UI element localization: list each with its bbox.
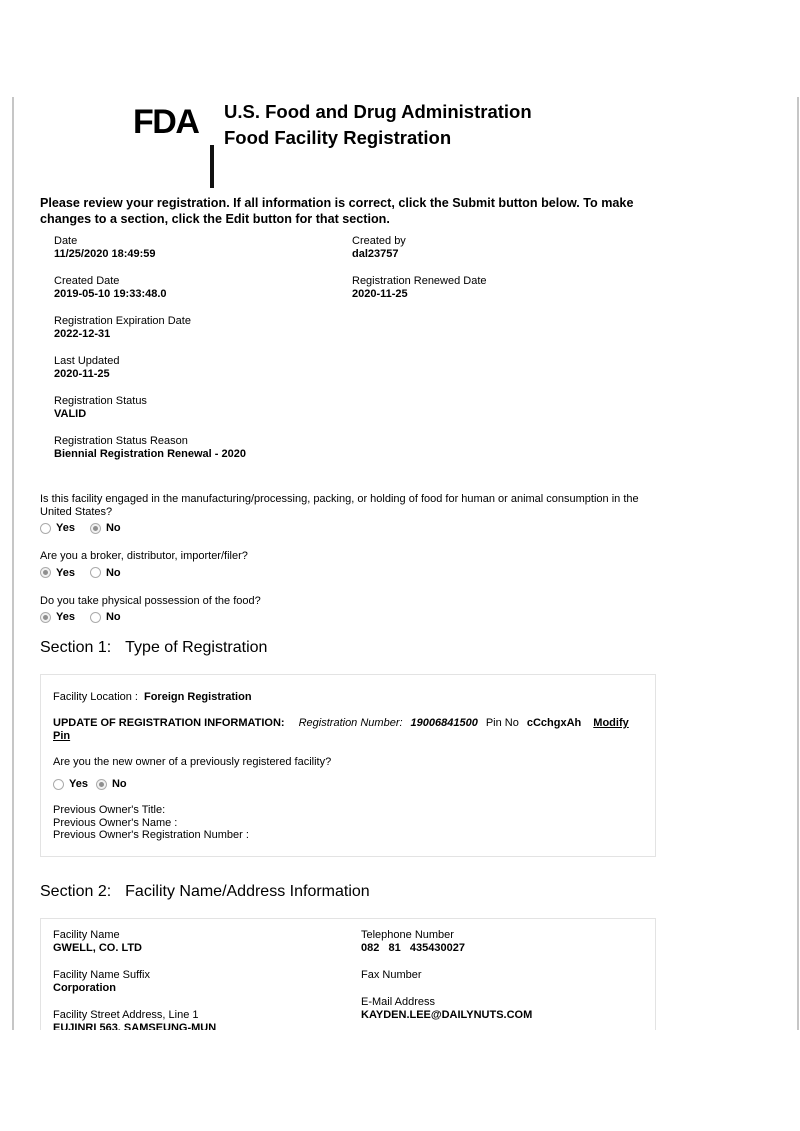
registration-number-value: 19006841500	[411, 717, 478, 729]
field-last-updated: Last Updated 2020-11-25	[54, 355, 352, 381]
section1-title: Type of Registration	[125, 639, 267, 656]
field-label: Registration Renewed Date	[352, 275, 650, 288]
update-registration-info-label: UPDATE OF REGISTRATION INFORMATION:	[53, 717, 285, 729]
field-label: E-Mail Address	[361, 996, 655, 1009]
option-no[interactable]: No	[90, 522, 121, 534]
radio-no[interactable]	[90, 523, 101, 534]
field-value: 082 81 435430027	[361, 942, 655, 955]
previous-owner-title-label: Previous Owner's Title:	[53, 804, 645, 817]
radio-yes[interactable]	[40, 612, 51, 623]
option-no[interactable]: No	[96, 778, 127, 790]
radio-yes-label: Yes	[69, 778, 88, 790]
page-title-line1: U.S. Food and Drug Administration	[224, 99, 532, 125]
section2-box: Facility Name GWELL, CO. LTD Facility Na…	[40, 918, 656, 1031]
radio-no-label: No	[106, 567, 121, 579]
section1-number: Section 1:	[40, 639, 111, 656]
field-label: Facility Name Suffix	[53, 969, 361, 982]
question-text: Do you take physical possession of the f…	[40, 595, 640, 608]
field-email-address: E-Mail Address KAYDEN.LEE@DAILYNUTS.COM	[361, 996, 655, 1022]
radio-no[interactable]	[96, 779, 107, 790]
page-header: FDA U.S. Food and Drug Administration Fo…	[14, 97, 797, 196]
field-label: Registration Expiration Date	[54, 315, 352, 328]
pin-value: cCchgxAh	[527, 717, 581, 729]
metadata-row: Registration Status VALID	[54, 395, 797, 435]
eligibility-questions: Is this facility engaged in the manufact…	[40, 493, 797, 623]
metadata-row: Registration Expiration Date 2022-12-31	[54, 315, 797, 355]
metadata-row: Date 11/25/2020 18:49:59 Created by dal2…	[54, 235, 797, 275]
field-street-address-1: Facility Street Address, Line 1 EUJINRI …	[53, 1009, 361, 1031]
radio-no-label: No	[106, 611, 121, 623]
metadata-row: Registration Status Reason Biennial Regi…	[54, 435, 797, 475]
facility-location-value: Foreign Registration	[144, 691, 252, 703]
section1-heading: Section 1:Type of Registration	[40, 639, 797, 657]
radio-yes[interactable]	[53, 779, 64, 790]
field-value: VALID	[54, 408, 352, 421]
radio-yes-label: Yes	[56, 611, 75, 623]
question-radio-group: Yes No	[40, 522, 797, 534]
new-owner-question: Are you the new owner of a previously re…	[53, 756, 645, 769]
option-yes[interactable]: Yes	[40, 567, 75, 579]
fda-logo-bar	[210, 145, 214, 188]
radio-yes[interactable]	[40, 523, 51, 534]
field-fax-number: Fax Number	[361, 969, 655, 982]
field-label: Date	[54, 235, 352, 248]
field-registration-expiration-date: Registration Expiration Date 2022-12-31	[54, 315, 352, 341]
previous-owner-info: Previous Owner's Title: Previous Owner's…	[53, 804, 645, 842]
registration-review-page: FDA U.S. Food and Drug Administration Fo…	[12, 97, 799, 1030]
metadata-row: Created Date 2019-05-10 19:33:48.0 Regis…	[54, 275, 797, 315]
field-facility-name: Facility Name GWELL, CO. LTD	[53, 929, 361, 955]
radio-yes-label: Yes	[56, 522, 75, 534]
field-value: dal23757	[352, 248, 650, 261]
previous-owner-registration-number-label: Previous Owner's Registration Number :	[53, 829, 645, 842]
field-value: 2019-05-10 19:33:48.0	[54, 288, 352, 301]
page-title-line2: Food Facility Registration	[224, 125, 532, 151]
pin-no-label: Pin No	[486, 717, 519, 729]
radio-no-label: No	[106, 522, 121, 534]
question-manufacturing: Is this facility engaged in the manufact…	[40, 493, 797, 534]
field-registration-status: Registration Status VALID	[54, 395, 352, 421]
radio-no-label: No	[112, 778, 127, 790]
field-label: Facility Street Address, Line 1	[53, 1009, 361, 1022]
field-telephone-number: Telephone Number 082 81 435430027	[361, 929, 655, 955]
section2-right-column: Telephone Number 082 81 435430027 Fax Nu…	[361, 929, 655, 1031]
field-label: Created Date	[54, 275, 352, 288]
question-radio-group: Yes No	[40, 611, 797, 623]
field-created-by: Created by dal23757	[352, 235, 650, 261]
field-value: 2020-11-25	[352, 288, 650, 301]
radio-no[interactable]	[90, 567, 101, 578]
question-possession: Do you take physical possession of the f…	[40, 595, 797, 624]
question-broker: Are you a broker, distributor, importer/…	[40, 550, 797, 579]
section2-heading: Section 2:Facility Name/Address Informat…	[40, 883, 797, 901]
radio-yes[interactable]	[40, 567, 51, 578]
field-label: Registration Status	[54, 395, 352, 408]
field-facility-name-suffix: Facility Name Suffix Corporation	[53, 969, 361, 995]
option-yes[interactable]: Yes	[40, 522, 75, 534]
facility-location-line: Facility Location :Foreign Registration	[53, 691, 645, 704]
field-value: GWELL, CO. LTD	[53, 942, 361, 955]
option-no[interactable]: No	[90, 611, 121, 623]
field-label: Telephone Number	[361, 929, 655, 942]
metadata-row: Last Updated 2020-11-25	[54, 355, 797, 395]
update-registration-line: UPDATE OF REGISTRATION INFORMATION:Regis…	[53, 717, 645, 743]
field-label: Registration Status Reason	[54, 435, 352, 448]
page-title: U.S. Food and Drug Administration Food F…	[224, 99, 532, 151]
section1-box: Facility Location :Foreign Registration …	[40, 674, 656, 857]
section2-number: Section 2:	[40, 883, 111, 900]
section2-left-column: Facility Name GWELL, CO. LTD Facility Na…	[53, 929, 361, 1031]
field-label: Fax Number	[361, 969, 655, 982]
radio-no[interactable]	[90, 612, 101, 623]
previous-owner-name-label: Previous Owner's Name :	[53, 817, 645, 830]
field-value: 11/25/2020 18:49:59	[54, 248, 352, 261]
field-value: Biennial Registration Renewal - 2020	[54, 448, 352, 461]
question-text: Are you a broker, distributor, importer/…	[40, 550, 640, 563]
option-no[interactable]: No	[90, 567, 121, 579]
radio-yes-label: Yes	[56, 567, 75, 579]
registration-number-label: Registration Number:	[299, 717, 403, 729]
field-value: KAYDEN.LEE@DAILYNUTS.COM	[361, 1009, 655, 1022]
question-text: Is this facility engaged in the manufact…	[40, 493, 640, 518]
field-label: Last Updated	[54, 355, 352, 368]
field-value: 2022-12-31	[54, 328, 352, 341]
question-radio-group: Yes No	[40, 567, 797, 579]
fda-logo: FDA	[133, 103, 198, 142]
field-registration-renewed-date: Registration Renewed Date 2020-11-25	[352, 275, 650, 301]
field-registration-status-reason: Registration Status Reason Biennial Regi…	[54, 435, 352, 461]
facility-location-label: Facility Location :	[53, 691, 138, 703]
field-label: Created by	[352, 235, 650, 248]
instructions-text: Please review your registration. If all …	[40, 196, 646, 227]
field-value: Corporation	[53, 982, 361, 995]
section2-title: Facility Name/Address Information	[125, 883, 370, 900]
field-value: 2020-11-25	[54, 368, 352, 381]
option-yes[interactable]: Yes	[40, 611, 75, 623]
field-created-date: Created Date 2019-05-10 19:33:48.0	[54, 275, 352, 301]
option-yes[interactable]: Yes	[53, 778, 88, 790]
new-owner-radio-group: Yes No	[53, 778, 645, 790]
registration-metadata: Date 11/25/2020 18:49:59 Created by dal2…	[54, 235, 797, 475]
field-value: EUJINRI 563, SAMSEUNG-MUN	[53, 1022, 361, 1031]
field-label: Facility Name	[53, 929, 361, 942]
field-date: Date 11/25/2020 18:49:59	[54, 235, 352, 261]
